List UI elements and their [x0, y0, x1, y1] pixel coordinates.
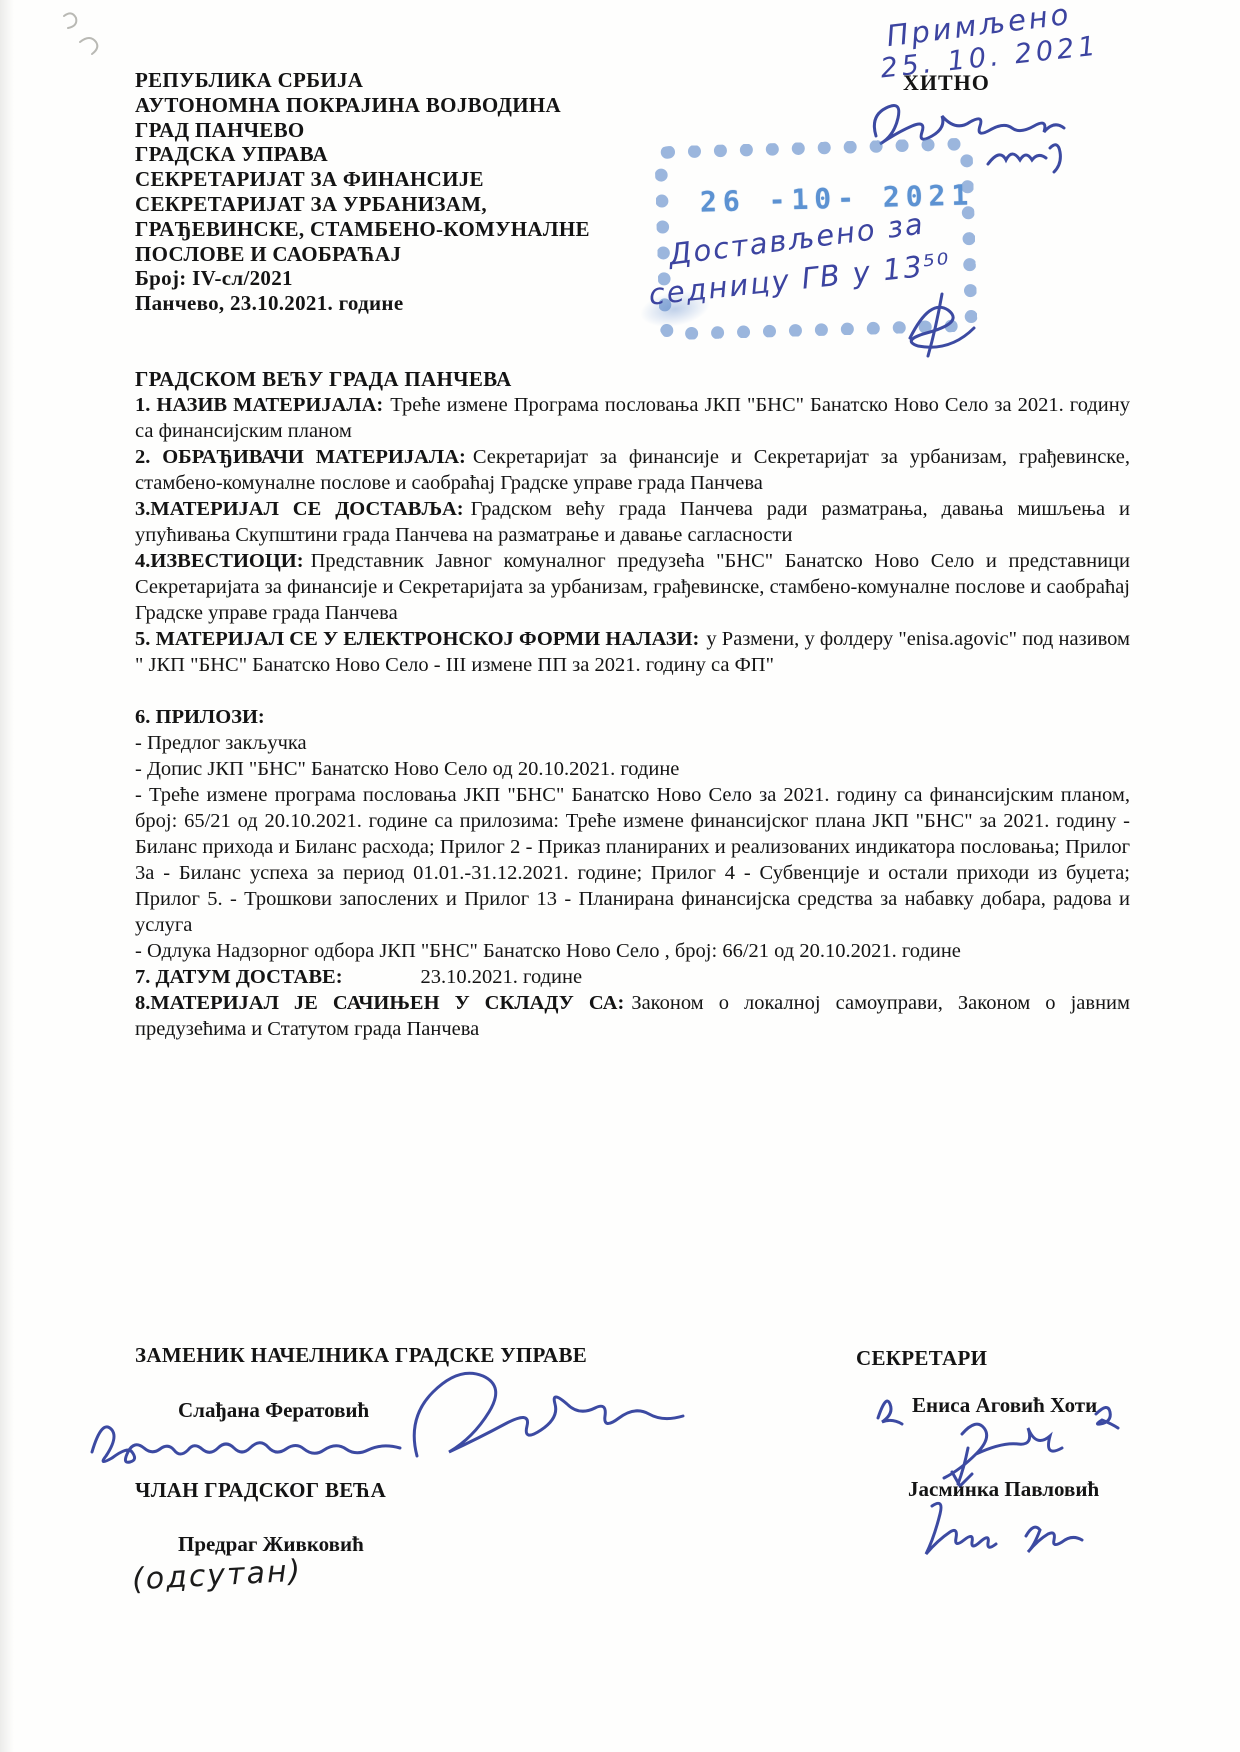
section-1-label: 1. НАЗИВ МАТЕРИЈАЛА: — [135, 394, 383, 416]
section-7: 7. ДАТУМ ДОСТАВЕ:23.10.2021. године — [135, 964, 1130, 990]
section-1: 1. НАЗИВ МАТЕРИЈАЛА:Треће измене Програм… — [135, 392, 1130, 444]
scan-edge-shading — [0, 0, 14, 1752]
letterhead-line: ГРАД ПАНЧЕВО — [135, 118, 795, 143]
section-2: 2. ОБРАЂИВАЧИ МАТЕРИЈАЛА:Секретаријат за… — [135, 444, 1130, 496]
section-2-label: 2. ОБРАЂИВАЧИ МАТЕРИЈАЛА: — [135, 446, 466, 468]
letterhead-line: РЕПУБЛИКА СРБИЈА — [135, 68, 795, 93]
section-4: 4.ИЗВЕСТИОЦИ:Представник Јавног комуналн… — [135, 548, 1130, 626]
document-body: ГРАДСКОМ ВЕЋУ ГРАДА ПАНЧЕВА 1. НАЗИВ МАТ… — [135, 366, 1130, 1042]
left-signer-name-2: Предраг Живковић — [178, 1532, 364, 1557]
section-3: 3.МАТЕРИЈАЛ СЕ ДОСТАВЉА:Градском већу гр… — [135, 496, 1130, 548]
section-8-label: 8.МАТЕРИЈАЛ ЈЕ САЧИЊЕН У СКЛАДУ СА: — [135, 992, 624, 1014]
section-5: 5. МАТЕРИЈАЛ СЕ У ЕЛЕКТРОНСКОЈ ФОРМИ НАЛ… — [135, 626, 1130, 678]
scan-artifact-marks — [50, 8, 130, 68]
signature-feratovic-flourish — [405, 1358, 695, 1470]
section-7-label: 7. ДАТУМ ДОСТАВЕ: — [135, 966, 343, 988]
letterhead-line: АУТОНОМНА ПОКРАЈИНА ВОЈВОДИНА — [135, 93, 795, 118]
addressee-line: ГРАДСКОМ ВЕЋУ ГРАДА ПАНЧЕВА — [135, 366, 1130, 392]
attachment-item: - Допис ЈКП "БНС" Банатско Ново Село од … — [135, 756, 1130, 782]
signature-pavlovic — [918, 1496, 1098, 1566]
attachment-item: - Одлука Надзорног одбора ЈКП "БНС" Бана… — [135, 938, 1130, 964]
attachment-item: - Треће измене програма пословања ЈКП "Б… — [135, 782, 1130, 938]
section-5-label: 5. МАТЕРИЈАЛ СЕ У ЕЛЕКТРОНСКОЈ ФОРМИ НАЛ… — [135, 628, 699, 650]
section-6: 6. ПРИЛОЗИ: - Предлог закључка - Допис Ј… — [135, 704, 1130, 964]
pen-mark-after-name — [1092, 1398, 1122, 1432]
handwritten-absent-note: (одсутан) — [131, 1554, 303, 1598]
section-6-label: 6. ПРИЛОЗИ: — [135, 706, 265, 728]
section-4-label: 4.ИЗВЕСТИОЦИ: — [135, 550, 304, 572]
signature-feratovic — [88, 1402, 418, 1480]
handwritten-initials — [890, 290, 1000, 360]
attachment-item: - Предлог закључка — [135, 730, 1130, 756]
section-8: 8.МАТЕРИЈАЛ ЈЕ САЧИЊЕН У СКЛАДУ СА:Закон… — [135, 990, 1130, 1042]
section-7-text: 23.10.2021. године — [421, 966, 583, 988]
right-signer-name-1: Ениса Аговић Хоти — [912, 1393, 1097, 1418]
pen-mark-before-name — [872, 1388, 908, 1430]
section-3-label: 3.МАТЕРИЈАЛ СЕ ДОСТАВЉА: — [135, 498, 464, 520]
left-signer-title-2: ЧЛАН ГРАДСКОГ ВЕЋА — [135, 1478, 386, 1503]
right-signers-title: СЕКРЕТАРИ — [856, 1346, 987, 1371]
scanned-document-page: РЕПУБЛИКА СРБИЈА АУТОНОМНА ПОКРАЈИНА ВОЈ… — [0, 0, 1240, 1752]
